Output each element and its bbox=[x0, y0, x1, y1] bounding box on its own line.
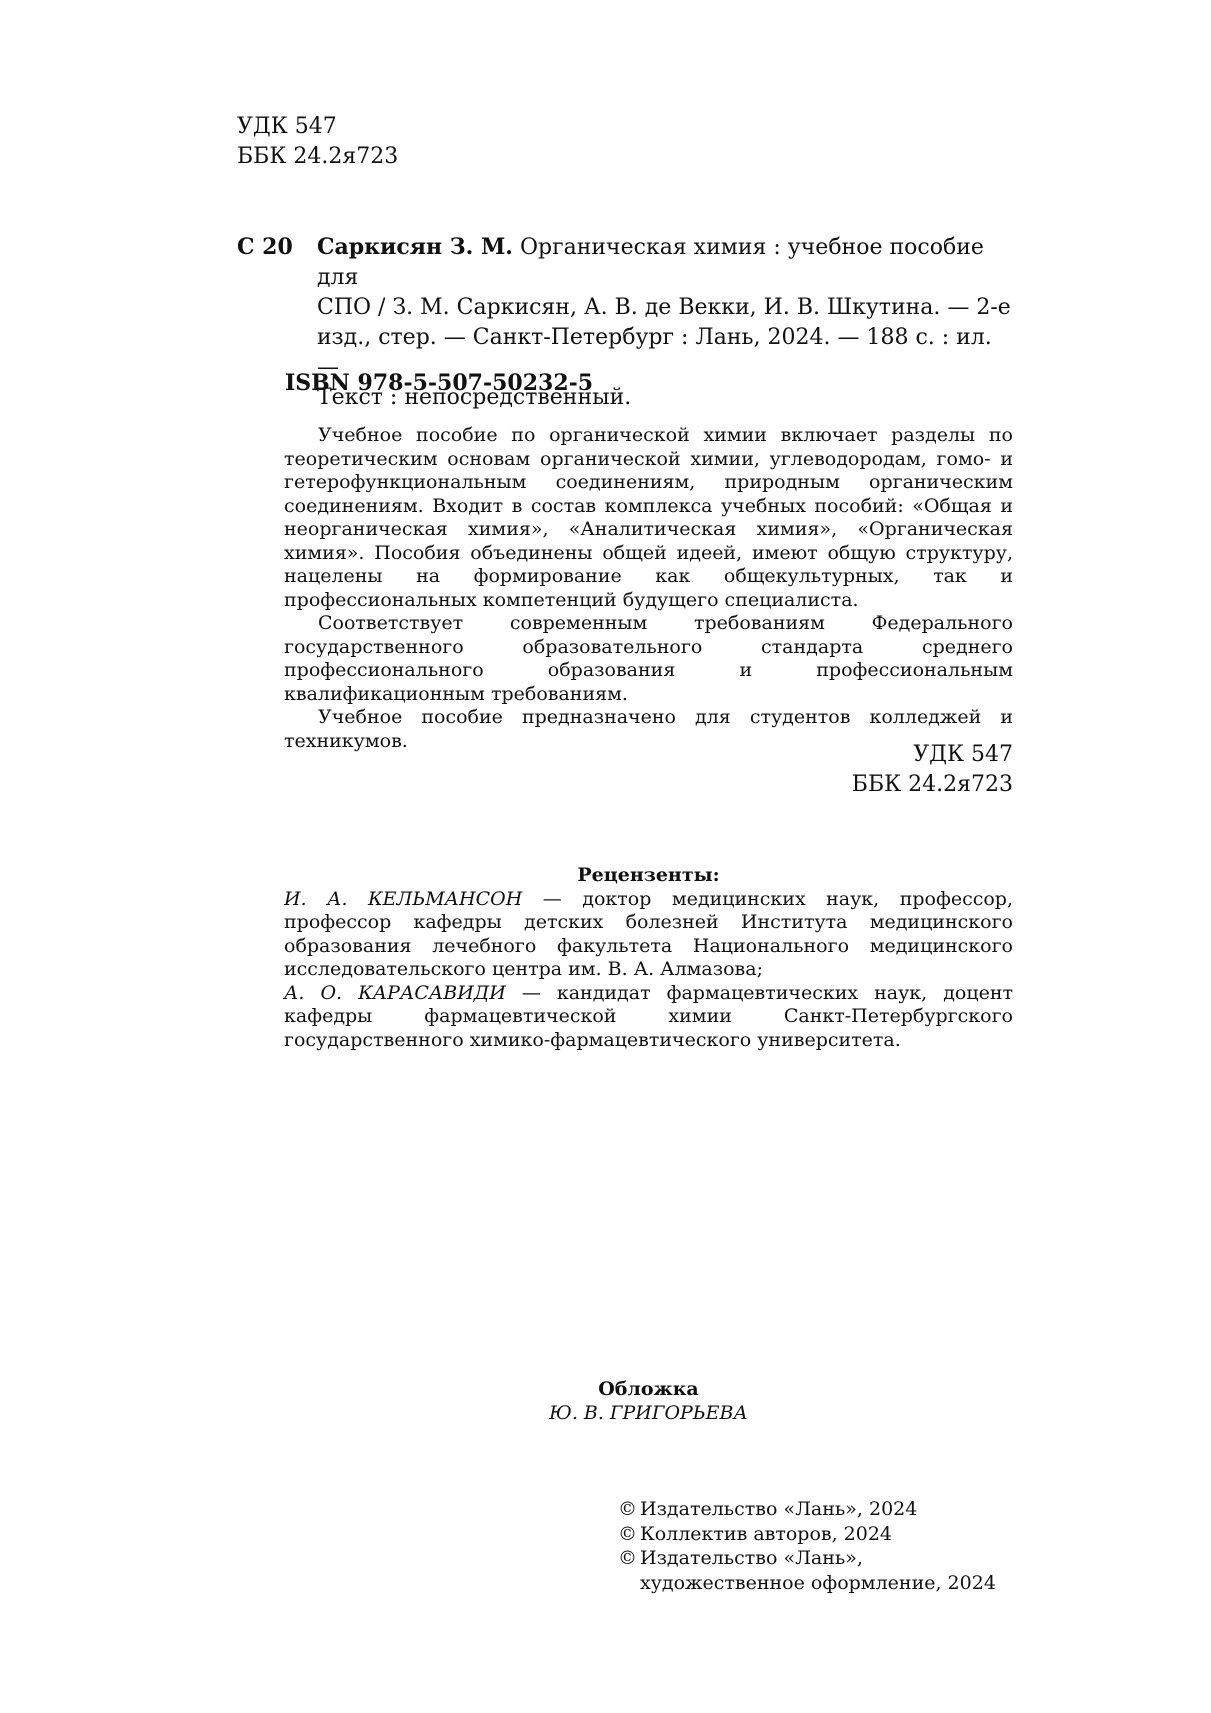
entry-line-1: Саркисян З. М. Органическая химия : учеб… bbox=[317, 232, 1012, 293]
copyright-block: ©Издательство «Лань», 2024 ©Коллектив ав… bbox=[618, 1497, 996, 1595]
copyright-text: Издательство «Лань», bbox=[640, 1547, 863, 1569]
reviewers-section: Рецензенты: И. А. КЕЛЬМАНСОН — доктор ме… bbox=[284, 864, 1013, 1052]
reviewer-name: А. О. КАРАСАВИДИ bbox=[284, 982, 506, 1004]
copyright-icon: © bbox=[618, 1522, 640, 1547]
reviewer-name: И. А. КЕЛЬМАНСОН bbox=[284, 888, 522, 910]
isbn: ISBN 978-5-507-50232-5 bbox=[285, 368, 593, 398]
copyright-text: Издательство «Лань», 2024 bbox=[640, 1498, 917, 1520]
copyright-line: ©Издательство «Лань», 2024 bbox=[618, 1497, 996, 1522]
classification-codes-bottom: УДК 547 ББК 24.2я723 bbox=[852, 740, 1013, 800]
cover-label: Обложка bbox=[284, 1378, 1013, 1402]
copyright-line: ©Коллектив авторов, 2024 bbox=[618, 1522, 996, 1547]
bbk-code: ББК 24.2я723 bbox=[852, 770, 1013, 800]
reviewer-entry: И. А. КЕЛЬМАНСОН — доктор медицинских на… bbox=[284, 888, 1013, 982]
copyright-text: Коллектив авторов, 2024 bbox=[640, 1523, 892, 1545]
cover-credit: Обложка Ю. В. ГРИГОРЬЕВА bbox=[284, 1378, 1013, 1425]
bbk-code: ББК 24.2я723 bbox=[237, 142, 398, 172]
copyright-icon: © bbox=[618, 1546, 640, 1571]
annotation: Учебное пособие по органической химии вк… bbox=[284, 424, 1013, 753]
copyright-icon: © bbox=[618, 1497, 640, 1522]
copyright-line: ©Издательство «Лань», bbox=[618, 1546, 996, 1571]
entry-line-2: СПО / З. М. Саркисян, А. В. де Векки, И.… bbox=[317, 293, 1012, 323]
cover-designer: Ю. В. ГРИГОРЬЕВА bbox=[284, 1402, 1013, 1426]
reviewer-entry: А. О. КАРАСАВИДИ — кандидат фармацевтиче… bbox=[284, 982, 1013, 1053]
udk-code: УДК 547 bbox=[237, 112, 398, 142]
author-name: Саркисян З. М. bbox=[317, 234, 513, 260]
author-mark: С 20 bbox=[237, 232, 293, 262]
annotation-paragraph: Учебное пособие по органической химии вк… bbox=[284, 424, 1013, 612]
book-imprint-page: УДК 547 ББК 24.2я723 С 20 Саркисян З. М.… bbox=[0, 0, 1211, 1713]
classification-codes-top: УДК 547 ББК 24.2я723 bbox=[237, 112, 398, 172]
udk-code: УДК 547 bbox=[852, 740, 1013, 770]
reviewers-heading: Рецензенты: bbox=[284, 864, 1013, 888]
annotation-paragraph: Соответствует современным требованиям Фе… bbox=[284, 612, 1013, 706]
copyright-line-continuation: художественное оформление, 2024 bbox=[618, 1571, 996, 1596]
